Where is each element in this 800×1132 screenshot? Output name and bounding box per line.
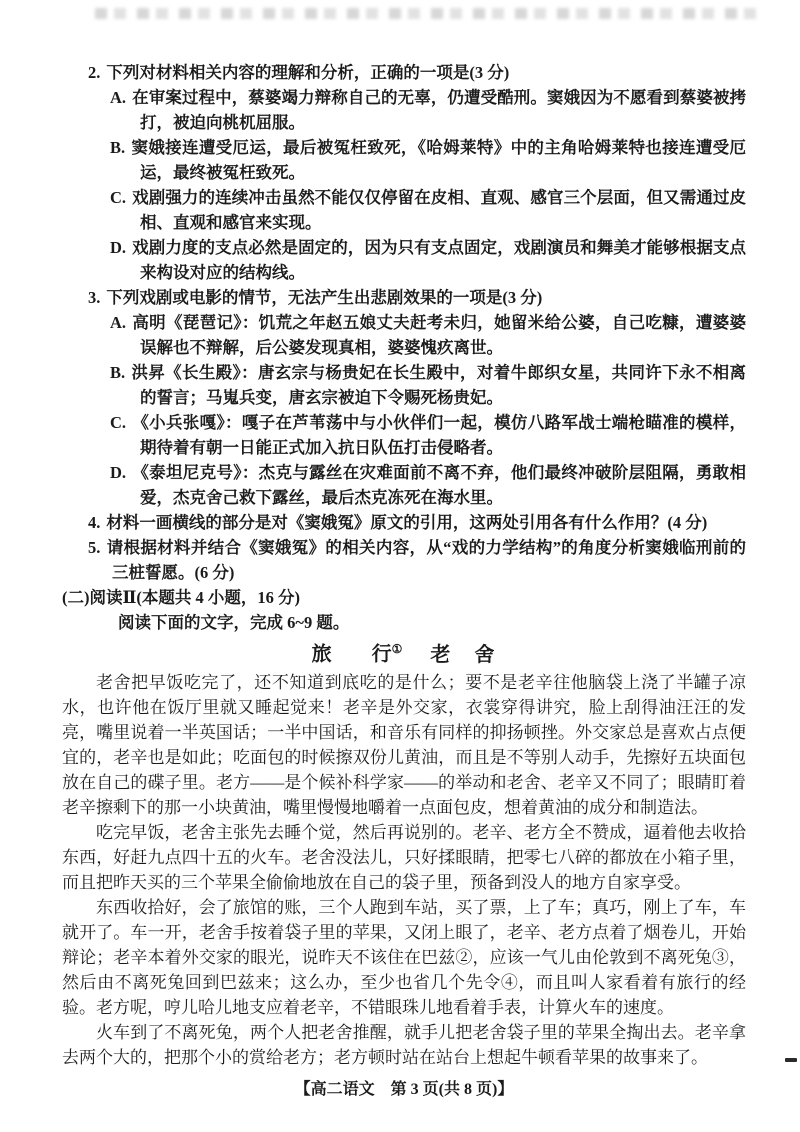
question-stem-text: 下列对材料相关内容的理解和分析，正确的一项是(3 分)	[106, 63, 509, 82]
passage-title-text: 旅 行	[312, 644, 392, 666]
option-text: 在审案过程中，蔡婆竭力辩称自己的无辜，仍遭受酷刑。窦娥因为不愿看到蔡婆被拷打，被…	[132, 88, 746, 132]
option-label: D.	[110, 463, 126, 482]
option-label: A.	[110, 88, 126, 107]
question-3-stem: 3.下列戏剧或电影的情节，无法产生出悲剧效果的一项是(3 分)	[88, 285, 746, 310]
question-number: 5.	[88, 538, 100, 557]
page-content: 2.下列对材料相关内容的理解和分析，正确的一项是(3 分) A.在审案过程中，蔡…	[62, 60, 746, 1101]
question-2-option-d: D.戏剧力度的支点必然是固定的，因为只有支点固定，戏剧演员和舞美才能够根据支点来…	[110, 235, 746, 285]
question-3-option-a: A.高明《琵琶记》：饥荒之年赵五娘丈夫赶考未归，她留米给公婆，自己吃糠，遭婆婆误…	[110, 310, 746, 360]
passage-title: 旅 行①老 舍	[62, 636, 746, 668]
question-4-stem: 4.材料一画横线的部分是对《窦娥冤》原文的引用，这两处引用各有什么作用？(4 分…	[88, 510, 746, 535]
page-footer: 【高二语文 第 3 页(共 8 页)】	[62, 1079, 746, 1101]
option-text: 洪昇《长生殿》：唐玄宗与杨贵妃在长生殿中，对着牛郎织女星，共同许下永不相离的誓言…	[131, 363, 746, 407]
passage-paragraph-1: 老舍把早饭吃完了，还不知道到底吃的是什么；要不是老辛往他脑袋上浇了半罐子凉水，也…	[62, 670, 746, 820]
question-number: 3.	[88, 288, 100, 307]
question-number: 4.	[88, 513, 100, 532]
question-2-option-b: B.窦娥接连遭受厄运，最后被冤枉致死，《哈姆莱特》中的主角哈姆莱特也接连遭受厄运…	[110, 135, 746, 185]
question-2-option-a: A.在审案过程中，蔡婆竭力辩称自己的无辜，仍遭受酷刑。窦娥因为不愿看到蔡婆被拷打…	[110, 85, 746, 135]
passage-title-footnote-mark: ①	[392, 642, 403, 656]
exam-paper-page: 2.下列对材料相关内容的理解和分析，正确的一项是(3 分) A.在审案过程中，蔡…	[0, 0, 800, 1132]
question-3: 3.下列戏剧或电影的情节，无法产生出悲剧效果的一项是(3 分) A.高明《琵琶记…	[62, 285, 746, 510]
passage-paragraph-4: 火车到了不离死兔，两个人把老舍推醒，就手儿把老舍袋子里的苹果全掏出去。老辛拿去两…	[62, 1020, 746, 1070]
question-2-option-c: C.戏剧强力的连续冲击虽然不能仅仅停留在皮相、直观、感官三个层面，但又需通过皮相…	[110, 185, 746, 235]
passage-author: 老 舍	[430, 644, 496, 666]
option-label: B.	[110, 138, 125, 157]
question-stem-text: 材料一画横线的部分是对《窦娥冤》原文的引用，这两处引用各有什么作用？(4 分)	[106, 513, 707, 532]
question-3-option-d: D.《泰坦尼克号》：杰克与露丝在灾难面前不离不弃，他们最终冲破阶层阻隔，勇敢相爱…	[110, 460, 746, 510]
question-number: 2.	[88, 63, 100, 82]
scan-artifact-top-cutoff-text	[95, 8, 760, 19]
option-text: 窦娥接连遭受厄运，最后被冤枉致死，《哈姆莱特》中的主角哈姆莱特也接连遭受厄运，最…	[131, 138, 746, 182]
question-3-option-c: C.《小兵张嘎》：嘎子在芦苇荡中与小伙伴们一起，模仿八路军战士端枪瞄准的模样，期…	[110, 410, 746, 460]
question-stem-text: 请根据材料并结合《窦娥冤》的相关内容，从“戏的力学结构”的角度分析窦娥临刑前的三…	[106, 538, 746, 582]
option-label: A.	[110, 313, 126, 332]
option-text: 戏剧力度的支点必然是固定的，因为只有支点固定，戏剧演员和舞美才能够根据支点来构设…	[132, 238, 746, 282]
option-label: C.	[110, 188, 126, 207]
section-2-header: (二)阅读Ⅱ(本题共 4 小题，16 分)	[62, 585, 746, 610]
option-text: 戏剧强力的连续冲击虽然不能仅仅停留在皮相、直观、感官三个层面，但又需通过皮相、直…	[132, 188, 746, 232]
option-text: 《小兵张嘎》：嘎子在芦苇荡中与小伙伴们一起，模仿八路军战士端枪瞄准的模样，期待着…	[132, 413, 746, 457]
option-text: 高明《琵琶记》：饥荒之年赵五娘丈夫赶考未归，她留米给公婆，自己吃糠，遭婆婆误解也…	[132, 313, 746, 357]
question-3-option-b: B.洪昇《长生殿》：唐玄宗与杨贵妃在长生殿中，对着牛郎织女星，共同许下永不相离的…	[110, 360, 746, 410]
question-5-stem: 5.请根据材料并结合《窦娥冤》的相关内容，从“戏的力学结构”的角度分析窦娥临刑前…	[88, 535, 746, 585]
question-2-stem: 2.下列对材料相关内容的理解和分析，正确的一项是(3 分)	[88, 60, 746, 85]
question-stem-text: 下列戏剧或电影的情节，无法产生出悲剧效果的一项是(3 分)	[106, 288, 542, 307]
option-text: 《泰坦尼克号》：杰克与露丝在灾难面前不离不弃，他们最终冲破阶层阻隔，勇敢相爱，杰…	[132, 463, 746, 507]
question-2: 2.下列对材料相关内容的理解和分析，正确的一项是(3 分) A.在审案过程中，蔡…	[62, 60, 746, 285]
passage-paragraph-2: 吃完早饭，老舍主张先去睡个觉，然后再说别的。老辛、老方全不赞成，逼着他去收拾东西…	[62, 820, 746, 895]
option-label: B.	[110, 363, 125, 382]
reading-instruction: 阅读下面的文字，完成 6~9 题。	[118, 610, 746, 635]
passage-paragraph-3: 东西收拾好，会了旅馆的账，三个人跑到车站，买了票，上了车；真巧，刚上了车，车就开…	[62, 895, 746, 1020]
option-label: C.	[110, 413, 126, 432]
scan-artifact-edge-mark	[785, 1058, 797, 1062]
option-label: D.	[110, 238, 126, 257]
